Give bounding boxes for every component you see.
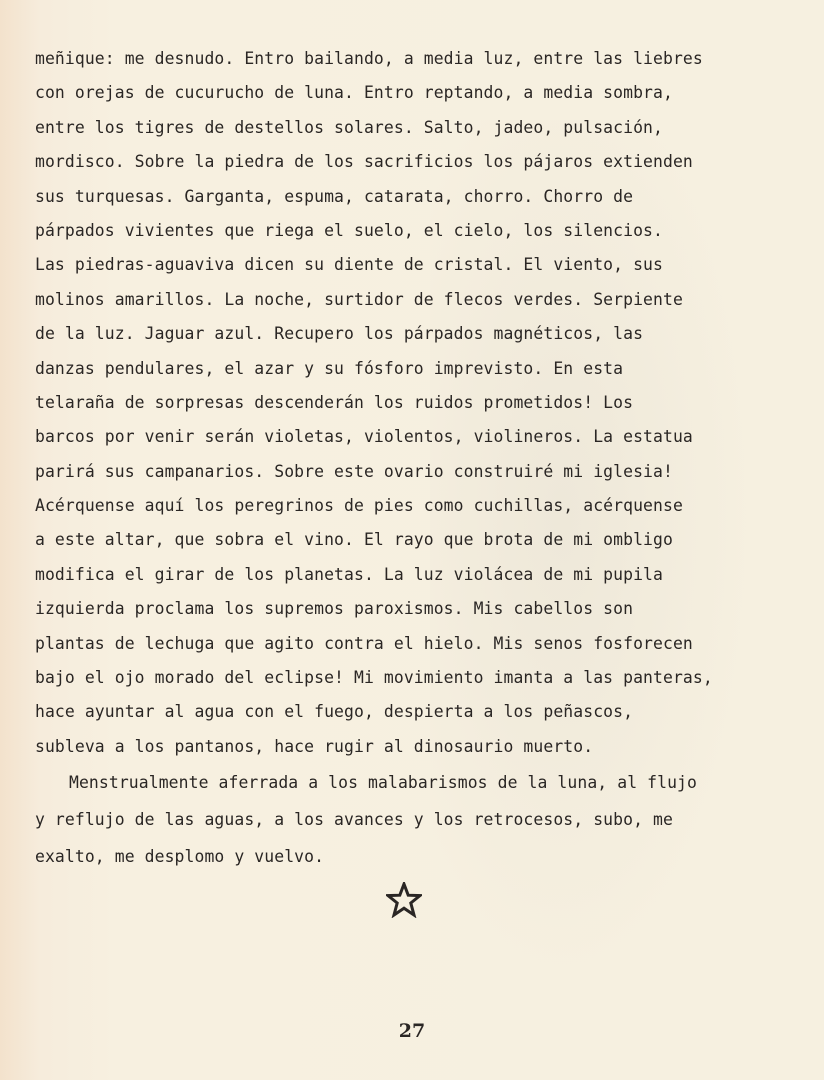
text-line: plantas de lechuga que agito contra el h… <box>35 627 805 661</box>
text-line: telaraña de sorpresas descenderán los ru… <box>35 386 805 420</box>
document-body: meñique: me desnudo. Entro bailando, a m… <box>35 42 805 875</box>
text-line: párpados vivientes que riega el suelo, e… <box>35 214 805 248</box>
text-line: de la luz. Jaguar azul. Recupero los pár… <box>35 317 805 351</box>
text-line: Las piedras-aguaviva dicen su diente de … <box>35 248 805 282</box>
page-number: 27 <box>0 1020 824 1042</box>
star-icon <box>386 882 422 918</box>
text-line: a este altar, que sobra el vino. El rayo… <box>35 523 805 557</box>
text-line: subleva a los pantanos, hace rugir al di… <box>35 730 805 764</box>
text-line: Menstrualmente aferrada a los malabarism… <box>35 764 805 801</box>
text-line: exalto, me desplomo y vuelvo. <box>35 838 805 875</box>
text-line: hace ayuntar al agua con el fuego, despi… <box>35 695 805 729</box>
text-line: danzas pendulares, el azar y su fósforo … <box>35 352 805 386</box>
text-line: bajo el ojo morado del eclipse! Mi movim… <box>35 661 805 695</box>
paragraph-1: meñique: me desnudo. Entro bailando, a m… <box>35 42 805 764</box>
text-line: con orejas de cucurucho de luna. Entro r… <box>35 76 805 110</box>
text-line: parirá sus campanarios. Sobre este ovari… <box>35 455 805 489</box>
text-line: entre los tigres de destellos solares. S… <box>35 111 805 145</box>
text-line: modifica el girar de los planetas. La lu… <box>35 558 805 592</box>
text-line: izquierda proclama los supremos paroxism… <box>35 592 805 626</box>
text-line: y reflujo de las aguas, a los avances y … <box>35 801 805 838</box>
text-line: barcos por venir serán violetas, violent… <box>35 420 805 454</box>
text-line: mordisco. Sobre la piedra de los sacrifi… <box>35 145 805 179</box>
text-line: Acérquense aquí los peregrinos de pies c… <box>35 489 805 523</box>
text-line: meñique: me desnudo. Entro bailando, a m… <box>35 42 805 76</box>
paragraph-2: Menstrualmente aferrada a los malabarism… <box>35 764 805 875</box>
text-line: molinos amarillos. La noche, surtidor de… <box>35 283 805 317</box>
text-line: sus turquesas. Garganta, espuma, catarat… <box>35 180 805 214</box>
